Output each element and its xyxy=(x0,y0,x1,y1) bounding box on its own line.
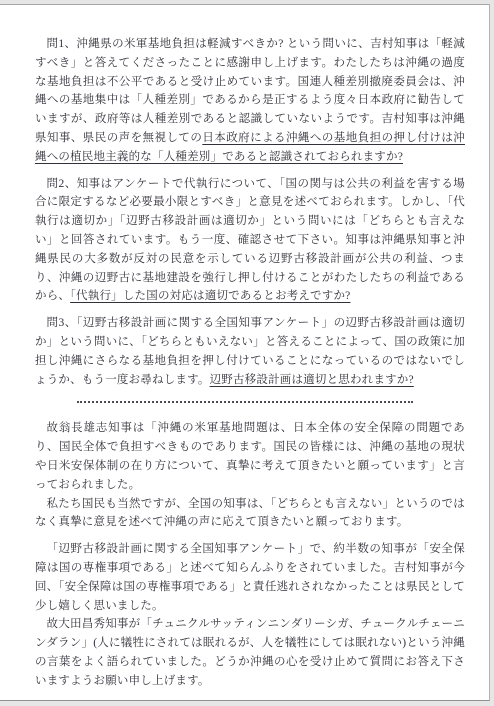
document-content: 問1、沖縄県の米軍基地負担は軽減すべきか? という問いに、吉村知事は「軽減すべき… xyxy=(0,5,489,691)
onaga-quote-body: 故翁長雄志知事は「沖縄の米軍基地問題は、日本全体の安全保障の問題であり、国民全体… xyxy=(35,422,465,490)
paragraph-survey-result: 「辺野古移設計画に関する全国知事アンケート」で、約半数の知事が「安全保障は国の専… xyxy=(35,540,465,615)
paragraph-ota-words: 故大田昌秀知事が「チュニクルサッティンニンダリーシガ、チュークルチェーニンダラン… xyxy=(35,615,465,690)
question-3-underlined-question: 辺野古移設計画は適切と思われますか? xyxy=(210,374,414,386)
paragraph-question-2: 問2、知事はアンケートで代執行について、「国の関与は公共の利益を害する場合に限定… xyxy=(35,175,465,307)
paragraph-onaga-quote: 故翁長雄志知事は「沖縄の米軍基地問題は、日本全体の安全保障の問題であり、国民全体… xyxy=(35,419,465,494)
question-2-underlined-question: 「代執行」した国の対応は適切であるとお考えですか? xyxy=(70,290,350,302)
app-background: 問1、沖縄県の米軍基地負担は軽減すべきか? という問いに、吉村知事は「軽減すべき… xyxy=(0,0,494,706)
paragraph-question-3: 問3、「辺野古移設計画に関する全国知事アンケート」の辺野古移設計画は適切か」とい… xyxy=(35,314,465,389)
paragraph-question-1: 問1、沖縄県の米軍基地負担は軽減すべきか? という問いに、吉村知事は「軽減すべき… xyxy=(35,35,465,167)
citizens-wish-body: 私たち国民も当然ですが、全国の知事は、「どちらとも言えない」というのではなく真摯… xyxy=(35,498,465,529)
question-1-body: 問1、沖縄県の米軍基地負担は軽減すべきか? という問いに、吉村知事は「軽減すべき… xyxy=(35,38,465,144)
ota-words-body: 故大田昌秀知事が「チュニクルサッティンニンダリーシガ、チュークルチェーニンダラン… xyxy=(35,618,465,686)
dotted-separator xyxy=(77,401,413,403)
survey-result-body: 「辺野古移設計画に関する全国知事アンケート」で、約半数の知事が「安全保障は国の専… xyxy=(35,543,465,611)
paragraph-citizens-wish: 私たち国民も当然ですが、全国の知事は、「どちらとも言えない」というのではなく真摯… xyxy=(35,495,465,533)
document-page: 問1、沖縄県の米軍基地負担は軽減すべきか? という問いに、吉村知事は「軽減すべき… xyxy=(0,4,490,701)
question-2-body: 問2、知事はアンケートで代執行について、「国の関与は公共の利益を害する場合に限定… xyxy=(35,178,465,303)
